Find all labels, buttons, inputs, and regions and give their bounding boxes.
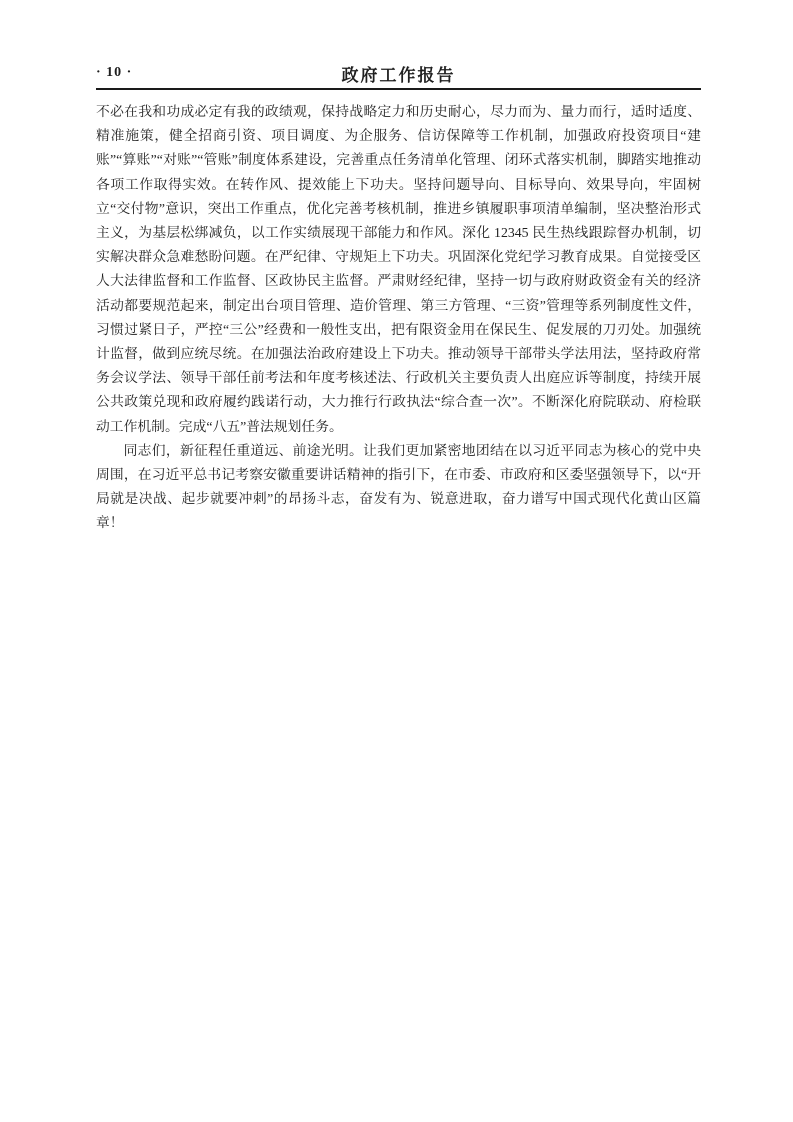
document-body: 不必在我和功成必定有我的政绩观，保持战略定力和历史耐心，尽力而为、量力而行，适时… [96, 100, 701, 536]
header-title: 政府工作报告 [96, 61, 701, 86]
document-page: · 10 · 政府工作报告 不必在我和功成必定有我的政绩观，保持战略定力和历史耐… [0, 0, 793, 1122]
paragraph-closing: 同志们，新征程任重道远、前途光明。让我们更加紧密地团结在以习近平同志为核心的党中… [96, 439, 701, 536]
paragraph-continuation: 不必在我和功成必定有我的政绩观，保持战略定力和历史耐心，尽力而为、量力而行，适时… [96, 100, 701, 439]
page-header: · 10 · 政府工作报告 [96, 60, 701, 90]
header-rule [96, 88, 701, 90]
